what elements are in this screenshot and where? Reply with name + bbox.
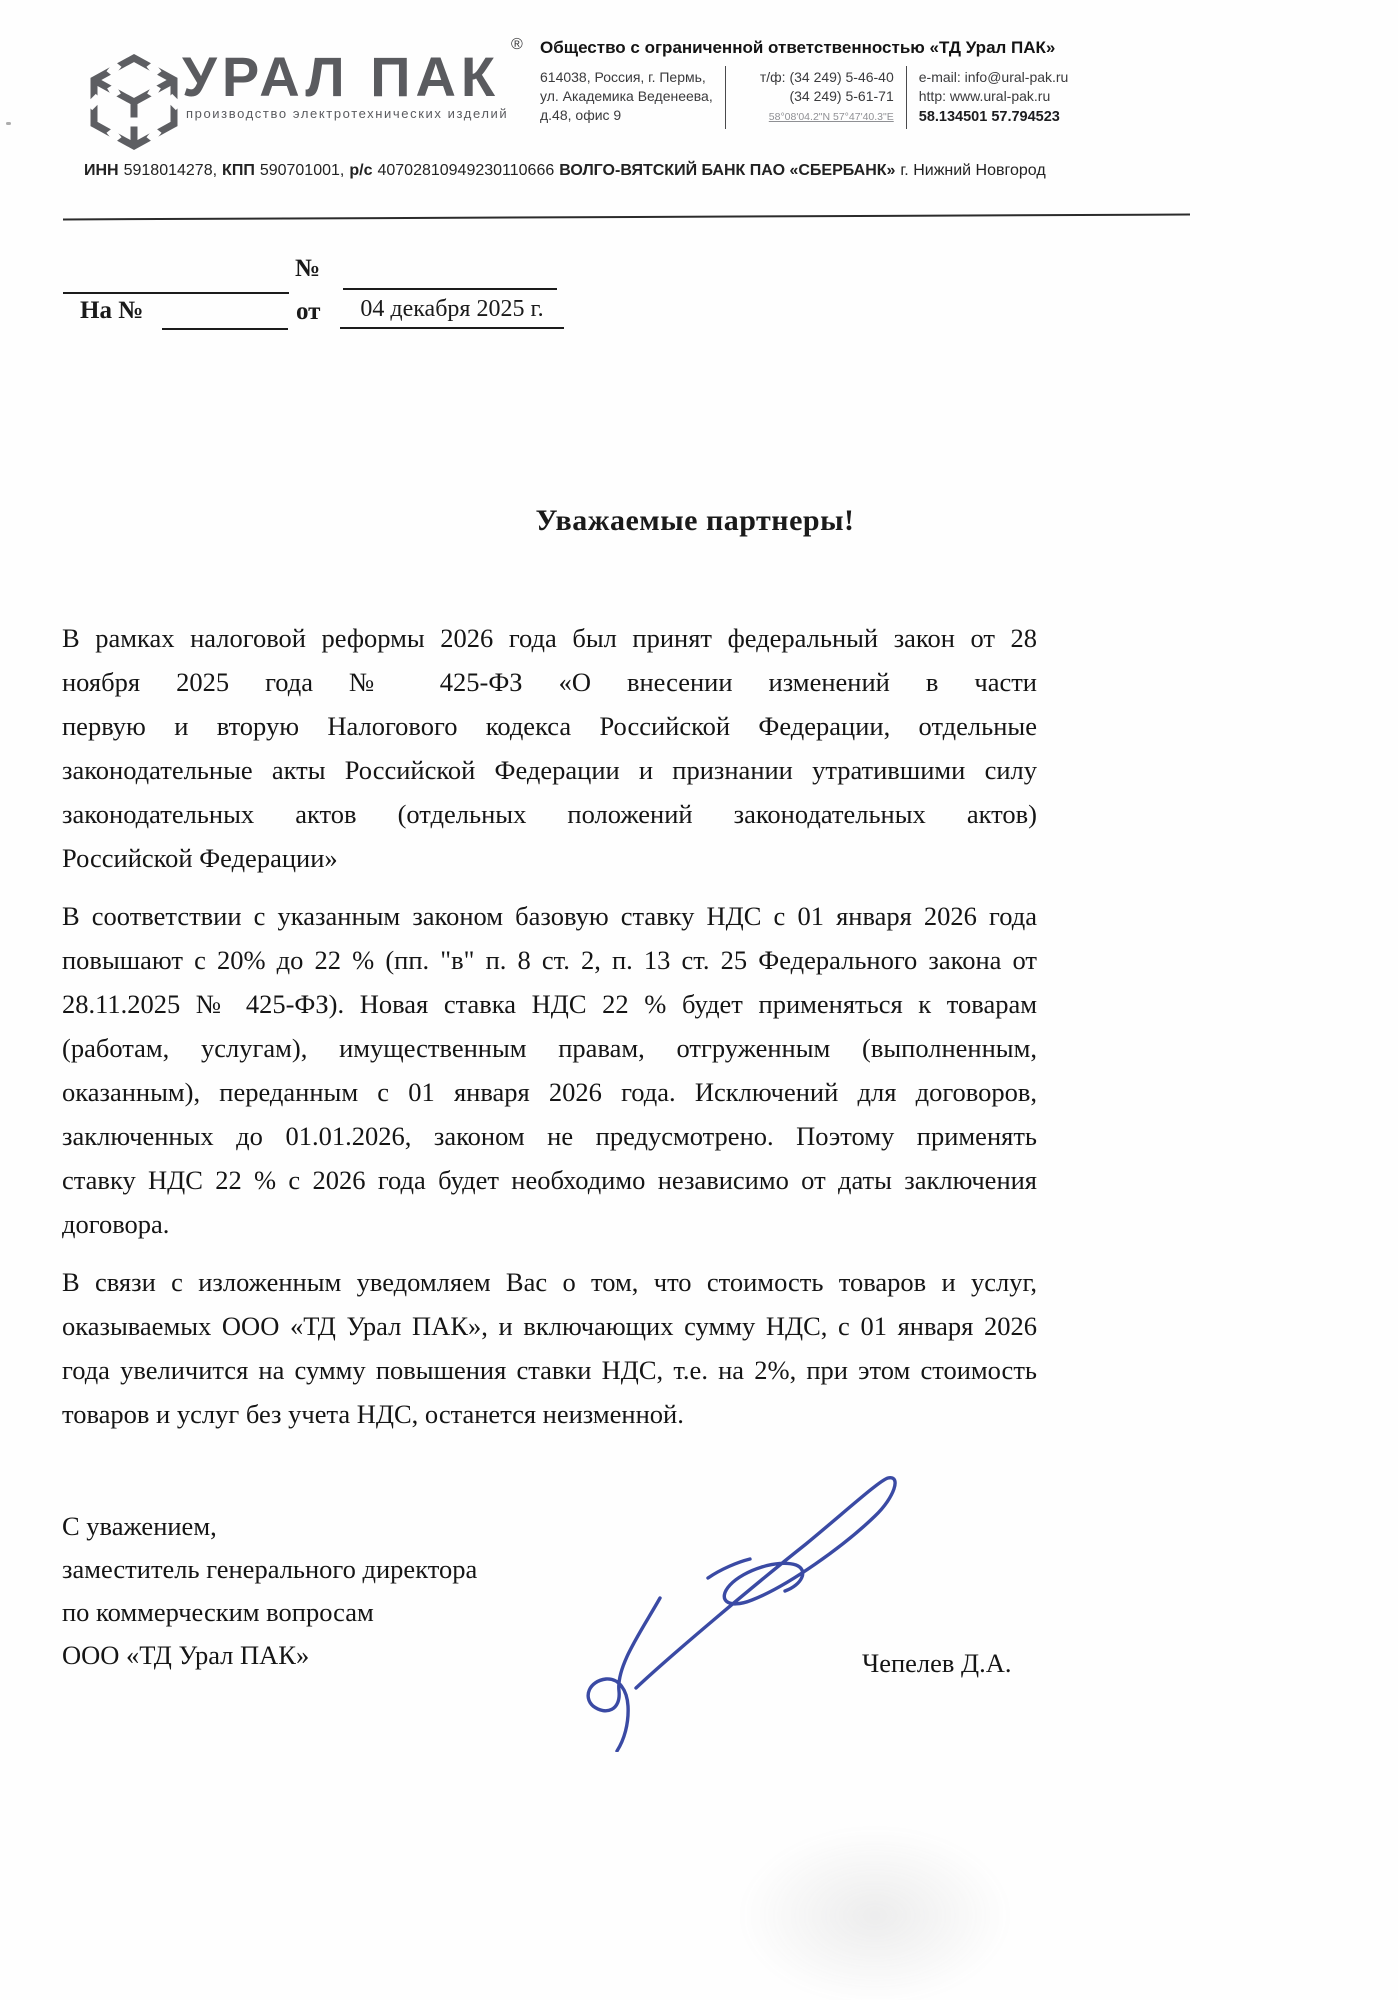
scanned-letter-page: { "letterhead": { "logo": { "text": "УРА… <box>0 0 1398 2000</box>
company-logo-cube-icon <box>84 52 184 152</box>
paragraph-line: (работам, услугам), имущественным правам… <box>62 1026 1037 1070</box>
scan-smudge-artifact <box>740 1828 1010 2000</box>
reply-to-number-label: На № <box>80 297 143 325</box>
paragraph-line: повышают с 20% до 22 % (пп. "в" п. 8 ст.… <box>62 938 1037 982</box>
paragraph-line: оказанным), переданным с 01 января 2026 … <box>62 1070 1037 1114</box>
outgoing-number-blank <box>343 268 557 290</box>
closing-block: С уважением, заместитель генерального ди… <box>62 1505 477 1677</box>
salutation-heading: Уважаемые партнеры! <box>0 504 1390 538</box>
account-value: 40702810949230110666 <box>377 162 554 179</box>
inn-value: 5918014278, <box>124 162 217 179</box>
company-logo-wordmark: УРАЛ ПАК <box>182 44 542 109</box>
company-web-contacts: e-mail: info@ural-pak.ru http: www.ural-… <box>907 66 1081 129</box>
paragraph-line: ставку НДС 22 % с 2026 года будет необхо… <box>62 1158 1037 1202</box>
letter-body: В рамках налоговой реформы 2026 года был… <box>62 616 1037 1450</box>
bank-name: ВОЛГО-ВЯТСКИЙ БАНК ПАО «СБЕРБАНК» <box>559 162 895 179</box>
closing-line: ООО «ТД Урал ПАК» <box>62 1634 477 1677</box>
paragraph-line: законодательные акты Российской Федераци… <box>62 748 1037 792</box>
company-address: 614038, Россия, г. Пермь, ул. Академика … <box>540 66 726 129</box>
company-full-name: Общество с ограниченной ответственностью… <box>540 38 1100 58</box>
paragraph-line: товаров и услуг без учета НДС, останется… <box>62 1392 1037 1436</box>
paragraph-line: первую и вторую Налогового кодекса Росси… <box>62 704 1037 748</box>
letter-date: 04 декабря 2025 г. <box>340 296 564 329</box>
outgoing-number-label: № <box>295 255 320 283</box>
paragraph-line: В соответствии с указанным законом базов… <box>62 894 1037 938</box>
website-line: http: www.ural-pak.ru <box>919 87 1069 106</box>
gps-coordinates-dms: 58°08'04.2"N 57°47'40.3"E <box>738 108 894 127</box>
paragraph-line: законодательных актов (отдельных положен… <box>62 792 1037 836</box>
bank-requisites-line: ИНН5918014278,КПП590701001,р/с4070281094… <box>84 162 1184 180</box>
outgoing-date-blank <box>63 272 289 294</box>
paragraph-1: В рамках налоговой реформы 2026 года был… <box>62 616 1037 880</box>
closing-line: по коммерческим вопросам <box>62 1591 477 1634</box>
kpp-label: КПП <box>222 162 255 179</box>
letterhead-divider <box>63 214 1190 221</box>
paragraph-line: заключенных до 01.01.2026, законом не пр… <box>62 1114 1037 1158</box>
reply-to-number-blank <box>162 306 288 330</box>
address-line: 614038, Россия, г. Пермь, <box>540 68 713 87</box>
scan-dot-artifact <box>6 122 11 125</box>
email-line: e-mail: info@ural-pak.ru <box>919 68 1069 87</box>
paragraph-line: Российской Федерации» <box>62 836 1037 880</box>
paragraph-line: оказываемых ООО «ТД Урал ПАК», и включаю… <box>62 1304 1037 1348</box>
closing-line: С уважением, <box>62 1505 477 1548</box>
closing-line: заместитель генерального директора <box>62 1548 477 1591</box>
paragraph-3: В связи с изложенным уведомляем Вас о то… <box>62 1260 1037 1436</box>
registered-trademark-icon: ® <box>511 36 523 54</box>
kpp-value: 590701001, <box>260 162 345 179</box>
address-line: ул. Академика Веденеева, <box>540 87 713 106</box>
paragraph-line: В связи с изложенным уведомляем Вас о то… <box>62 1260 1037 1304</box>
contact-block: 614038, Россия, г. Пермь, ул. Академика … <box>540 66 1080 129</box>
company-logo-tagline: производство электротехнических изделий <box>186 106 508 121</box>
paragraph-line: года увеличится на сумму повышения ставк… <box>62 1348 1037 1392</box>
handwritten-signature <box>548 1448 920 1752</box>
phone-line: т/ф: (34 249) 5-46-40 <box>738 68 894 87</box>
inn-label: ИНН <box>84 162 119 179</box>
bank-city: г. Нижний Новгород <box>900 162 1045 179</box>
paragraph-line: договора. <box>62 1202 1037 1246</box>
paragraph-line: 28.11.2025 № 425-ФЗ). Новая ставка НДС 2… <box>62 982 1037 1026</box>
phone-line: (34 249) 5-61-71 <box>738 87 894 106</box>
account-label: р/с <box>349 162 372 179</box>
paragraph-2: В соответствии с указанным законом базов… <box>62 894 1037 1246</box>
signer-name: Чепелев Д.А. <box>862 1648 1012 1679</box>
paragraph-line: В рамках налоговой реформы 2026 года был… <box>62 616 1037 660</box>
address-line: д.48, офис 9 <box>540 106 713 125</box>
reply-date-label: от <box>296 298 320 326</box>
gps-coordinates-decimal: 58.134501 57.794523 <box>919 108 1069 127</box>
paragraph-line: ноября 2025 года № 425-ФЗ «О внесении из… <box>62 660 1037 704</box>
company-phones: т/ф: (34 249) 5-46-40 (34 249) 5-61-71 5… <box>726 66 907 129</box>
